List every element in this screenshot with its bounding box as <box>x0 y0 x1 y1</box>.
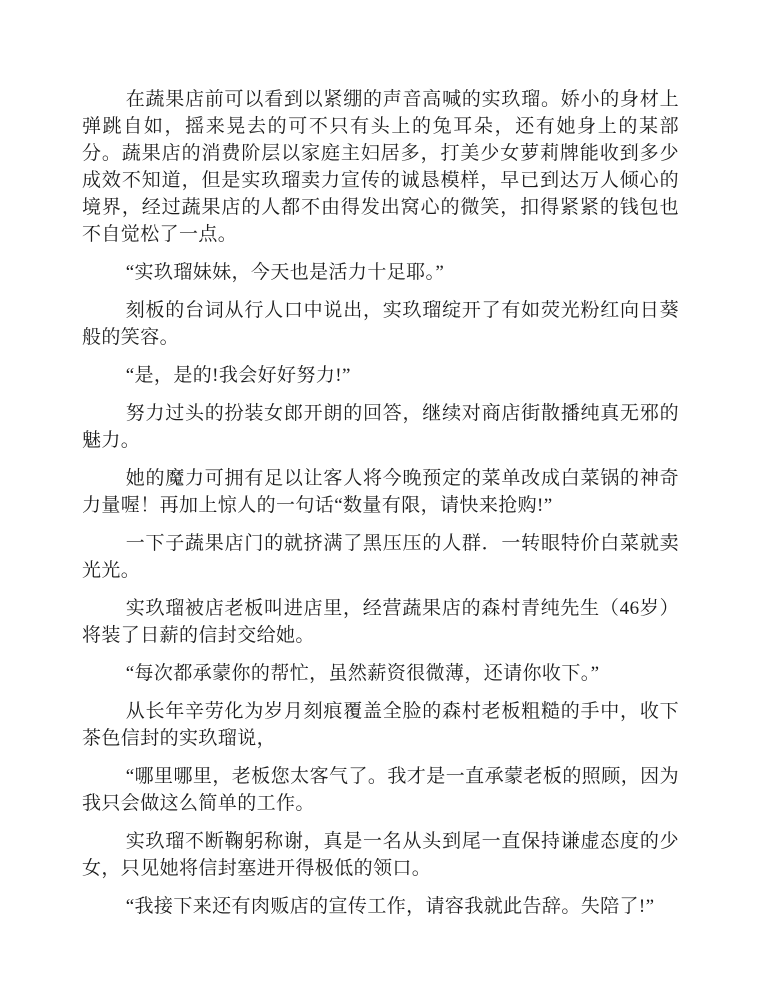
paragraph-narration-8: 实玖瑠不断鞠躬称谢，真是一名从头到尾一直保持谦虚态度的少女，只见她将信封塞进开得… <box>82 828 679 882</box>
paragraph-dialogue-2: “是，是的!我会好好努力!” <box>82 362 679 389</box>
paragraph-narration-3: 努力过头的扮装女郎开朗的回答，继续对商店街散播纯真无邪的魅力。 <box>82 400 679 454</box>
paragraph-narration-1: 在蔬果店前可以看到以紧绷的声音高喊的实玖瑠。娇小的身材上弹跳自如，摇来晃去的可不… <box>82 86 679 248</box>
paragraph-narration-2: 刻板的台词从行人口中说出，实玖瑠绽开了有如荧光粉红向日葵般的笑容。 <box>82 297 679 351</box>
paragraph-narration-4: 她的魔力可拥有足以让客人将今晚预定的菜单改成白菜锅的神奇力量喔！再加上惊人的一句… <box>82 465 679 519</box>
paragraph-dialogue-5: “我接下来还有肉贩店的宣传工作，请容我就此告辞。失陪了!” <box>82 893 679 920</box>
paragraph-dialogue-3: “每次都承蒙你的帮忙，虽然薪资很微薄，还请你收下。” <box>82 660 679 687</box>
document-page: 在蔬果店前可以看到以紧绷的声音高喊的实玖瑠。娇小的身材上弹跳自如，摇来晃去的可不… <box>0 0 765 990</box>
paragraph-narration-7: 从长年辛劳化为岁月刻痕覆盖全脸的森村老板粗糙的手中，收下茶色信封的实玖瑠说， <box>82 698 679 752</box>
paragraph-dialogue-4: “哪里哪里，老板您太客气了。我才是一直承蒙老板的照顾，因为我只会做这么简单的工作… <box>82 763 679 817</box>
paragraph-narration-6: 实玖瑠被店老板叫进店里，经营蔬果店的森村青纯先生（46岁）将装了日薪的信封交给她… <box>82 595 679 649</box>
paragraph-dialogue-1: “实玖瑠妹妹，今天也是活力十足耶。” <box>82 259 679 286</box>
paragraph-narration-5: 一下子蔬果店门的就挤满了黑压压的人群．一转眼特价白菜就卖光光。 <box>82 530 679 584</box>
